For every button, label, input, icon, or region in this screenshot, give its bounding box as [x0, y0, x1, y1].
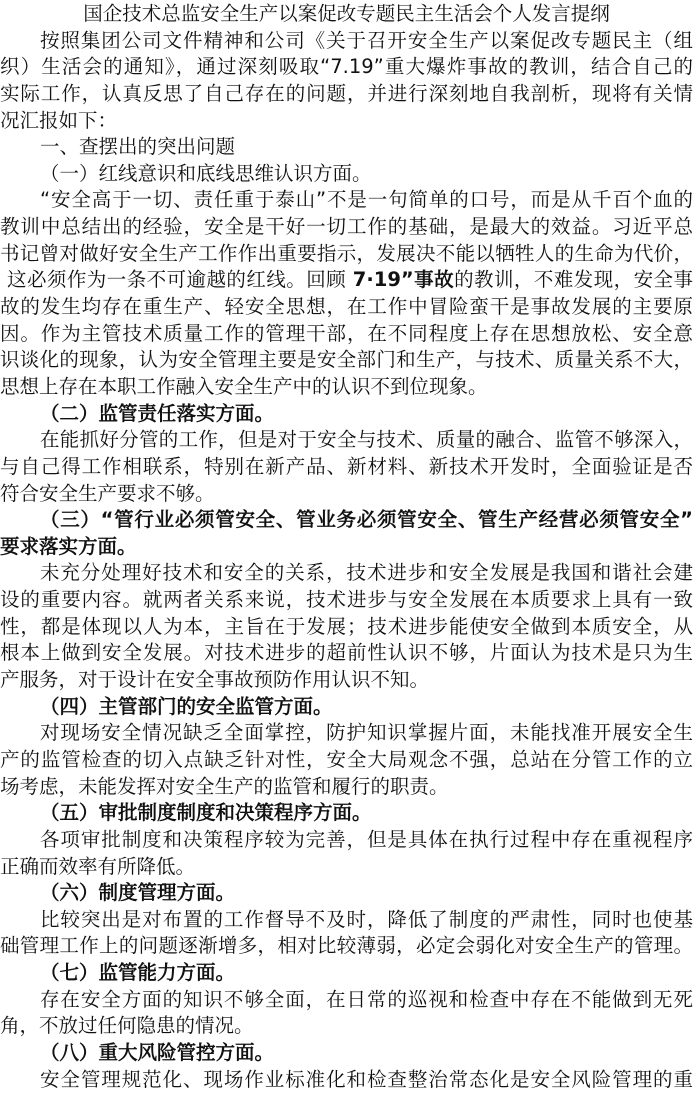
redline-paragraph: “安全高于一切、责任重于泰山”不是一句简单的口号，而是从千百个血的 教训中总结出… — [0, 187, 693, 400]
sub-heading-department-supervision: （四）主管部门的安全监管方面。 — [0, 694, 693, 721]
sub-heading-supervision-capability: （七）监管能力方面。 — [0, 960, 693, 987]
paragraph-line: 安全管理规范化、现场作业标准化和检查整治常态化是安全风险管理的重 — [0, 1067, 693, 1094]
major-risk-control-paragraph: 安全管理规范化、现场作业标准化和检查整治常态化是安全风险管理的重 — [0, 1067, 693, 1094]
sub-heading-approval-system: （五）审批制度制度和决策程序方面。 — [0, 800, 693, 827]
emphasized-incident-name: 7·19”事故 — [353, 268, 454, 291]
paragraph-line: 故的发生均存在重生产、轻安全思想，在工作中冒险蛮干是事故发展的主要原 — [0, 294, 693, 321]
system-management-paragraph: 比较突出是对布置的工作督导不及时，降低了制度的严肃性，同时也使基 础管理工作上的… — [0, 907, 693, 960]
section-heading: 一、查摆出的突出问题 — [0, 134, 693, 161]
paragraph-line: 因。作为主管技术质量工作的管理干部，在不同程度上存在思想放松、安全意 — [0, 321, 693, 348]
paragraph-line: 况汇报如下： — [0, 108, 693, 135]
sub-heading-three-musts: （三）“管行业必须管安全、管业务必须管安全、管生产经营必须管安全” 要求落实方面… — [0, 507, 693, 560]
text-segment: 的教训，不难发现，安全事 — [454, 268, 693, 291]
supervision-responsibility-paragraph: 在能抓好分管的工作，但是对于安全与技术、质量的融合、监管不够深入， 与自己得工作… — [0, 427, 693, 507]
paragraph-line: 性，都是体现以人为本，主旨在于发展；技术进步能使安全做到本质安全，从 — [0, 614, 693, 641]
heading-line: （三）“管行业必须管安全、管业务必须管安全、管生产经营必须管安全” — [0, 507, 693, 534]
sub-heading-system-management: （六）制度管理方面。 — [0, 880, 693, 907]
sub-heading-redline: （一）红线意识和底线思维认识方面。 — [0, 161, 693, 188]
paragraph-line: 正确而效率有所降低。 — [0, 854, 693, 881]
paragraph-line: 础管理工作上的问题逐渐增多，相对比较薄弱，必定会弱化对安全生产的管理。 — [0, 933, 693, 960]
paragraph-line: 与自己得工作相联系，特别在新产品、新材料、新技术开发时，全面验证是否 — [0, 454, 693, 481]
paragraph-line: 符合安全生产要求不够。 — [0, 481, 693, 508]
paragraph-line: 未充分处理好技术和安全的关系，技术进步和安全发展是我国和谐社会建 — [0, 560, 693, 587]
paragraph-line: 产服务，对于设计在安全事故预防作用认识不知。 — [0, 667, 693, 694]
paragraph-line: 在能抓好分管的工作，但是对于安全与技术、质量的融合、监管不够深入， — [0, 427, 693, 454]
paragraph-line: 思想上存在本职工作融入安全生产中的认识不到位现象。 — [0, 374, 693, 401]
paragraph-line: 产的监管检查的切入点缺乏针对性，安全大局观念不强，总站在分管工作的立 — [0, 747, 693, 774]
department-supervision-paragraph: 对现场安全情况缺乏全面掌控，防护知识掌握片面，未能找准开展安全生 产的监管检查的… — [0, 720, 693, 800]
heading-line: 要求落实方面。 — [0, 534, 693, 561]
approval-system-paragraph: 各项审批制度和决策程序较为完善，但是具体在执行过程中存在重视程序 正确而效率有所… — [0, 827, 693, 880]
paragraph-line: 角，不放过任何隐患的情况。 — [0, 1013, 693, 1040]
paragraph-line: 实际工作，认真反思了自己存在的问题，并进行深刻地自我剖析，现将有关情 — [0, 81, 693, 108]
paragraph-line: 按照集团公司文件精神和公司《关于召开安全生产以案促改专题民主（组 — [0, 28, 693, 55]
paragraph-line: 存在安全方面的知识不够全面，在日常的巡视和检查中存在不能做到无死 — [0, 987, 693, 1014]
three-musts-paragraph: 未充分处理好技术和安全的关系，技术进步和安全发展是我国和谐社会建 设的重要内容。… — [0, 560, 693, 693]
paragraph-line: 场考虑，未能发挥对安全生产的监管和履行的职责。 — [0, 774, 693, 801]
document-title: 国企技术总监安全生产以案促改专题民主生活会个人发言提纲 — [0, 1, 693, 28]
text-segment: 这必须作为一条不可逾越的红线。回顾 — [7, 268, 353, 291]
paragraph-line: 设的重要内容。就两者关系来说，技术进步与安全发展在本质要求上具有一致 — [0, 587, 693, 614]
document-page: 国企技术总监安全生产以案促改专题民主生活会个人发言提纲 按照集团公司文件精神和公… — [0, 0, 693, 1093]
paragraph-line: “安全高于一切、责任重于泰山”不是一句简单的口号，而是从千百个血的 — [0, 187, 693, 214]
sub-heading-major-risk-control: （八）重大风险管控方面。 — [0, 1040, 693, 1067]
sub-heading-supervision-responsibility: （二）监管责任落实方面。 — [0, 401, 693, 428]
paragraph-line: 各项审批制度和决策程序较为完善，但是具体在执行过程中存在重视程序 — [0, 827, 693, 854]
paragraph-line: 比较突出是对布置的工作督导不及时，降低了制度的严肃性，同时也使基 — [0, 907, 693, 934]
paragraph-line: 对现场安全情况缺乏全面掌控，防护知识掌握片面，未能找准开展安全生 — [0, 720, 693, 747]
intro-paragraph: 按照集团公司文件精神和公司《关于召开安全生产以案促改专题民主（组 织）生活会的通… — [0, 28, 693, 135]
paragraph-line: 织）生活会的通知》，通过深刻吸取“7.19”重大爆炸事故的教训，结合自己的 — [0, 54, 693, 81]
paragraph-line: 根本上做到安全发展。对技术进步的超前性认识不够，片面认为技术是只为生 — [0, 640, 693, 667]
supervision-capability-paragraph: 存在安全方面的知识不够全面，在日常的巡视和检查中存在不能做到无死 角，不放过任何… — [0, 987, 693, 1040]
paragraph-line: 教训中总结出的经验，安全是干好一切工作的基础，是最大的效益。习近平总 — [0, 214, 693, 241]
paragraph-line: 识谈化的现象，认为安全管理主要是安全部门和生产，与技术、质量关系不大， — [0, 347, 693, 374]
paragraph-line: 这必须作为一条不可逾越的红线。回顾 7·19”事故的教训，不难发现，安全事 — [0, 267, 693, 294]
paragraph-line: 书记曾对做好安全生产工作作出重要指示，发展决不能以牺牲人的生命为代价， — [0, 241, 693, 268]
